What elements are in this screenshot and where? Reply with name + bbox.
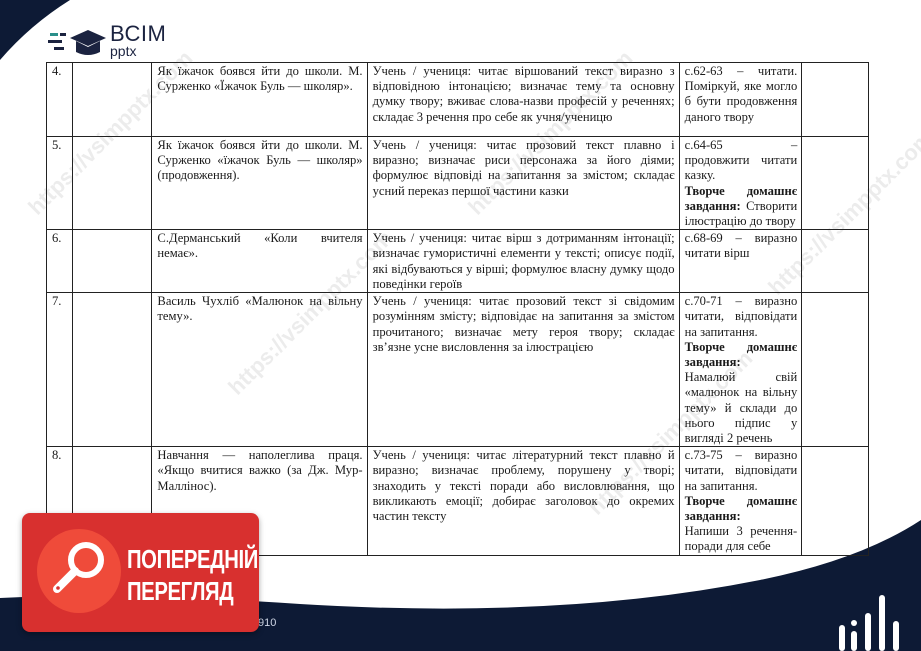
table-row: 5. Як їжачок боявся йти до школи. М. Сур… xyxy=(47,137,869,230)
row-number: 5. xyxy=(47,137,73,230)
logo-title: ВСІМ xyxy=(110,23,166,45)
outcomes-cell: Учень / учениця: читає прозовий текст зі… xyxy=(367,293,679,447)
outcomes-cell: Учень / учениця: читає літературний текс… xyxy=(367,447,679,555)
notes-cell xyxy=(802,137,869,230)
decorative-bars-icon xyxy=(837,591,907,651)
homework-cell: с.68-69 – виразно читати вірш xyxy=(679,230,802,293)
page-number: 910 xyxy=(258,617,276,629)
preview-badge-label: ПОПЕРЕДНІЙ ПЕРЕГЛЯД xyxy=(127,543,258,607)
homework-cell: с.64-65 – продовжити читати казку.Творче… xyxy=(679,137,802,230)
magnifier-icon-circle xyxy=(37,529,121,613)
date-cell xyxy=(72,293,152,447)
row-number: 6. xyxy=(47,230,73,293)
homework-cell: с.62-63 – читати. Поміркуй, яке могло б … xyxy=(679,63,802,137)
outcomes-cell: Учень / учениця: читає віршований текст … xyxy=(367,63,679,137)
notes-cell xyxy=(802,63,869,137)
homework-cell: с.73-75 – виразно читати, відповідати на… xyxy=(679,447,802,555)
table-row: 7. Василь Чухліб «Малюнок на вільну тему… xyxy=(47,293,869,447)
brand-logo: ВСІМ pptx xyxy=(48,23,166,58)
creative-homework-label: Творче домашнє завдання: xyxy=(685,494,798,523)
notes-cell xyxy=(802,447,869,555)
topic-cell: Як їжачок боявся йти до школи. М. Суржен… xyxy=(152,137,367,230)
row-number: 4. xyxy=(47,63,73,137)
creative-homework-label: Творче домашнє завдання: xyxy=(685,340,798,369)
outcomes-cell: Учень / учениця: читає прозовий текст пл… xyxy=(367,137,679,230)
table-row: 4. Як їжачок боявся йти до школи. М. Сур… xyxy=(47,63,869,137)
lesson-plan-table: 4. Як їжачок боявся йти до школи. М. Сур… xyxy=(46,62,869,556)
table-row: 6. С.Дерманський «Коли вчителя немає». У… xyxy=(47,230,869,293)
preview-badge[interactable]: ПОПЕРЕДНІЙ ПЕРЕГЛЯД xyxy=(22,513,259,632)
notes-cell xyxy=(802,293,869,447)
notes-cell xyxy=(802,230,869,293)
topic-cell: Василь Чухліб «Малюнок на вільну тему». xyxy=(152,293,367,447)
outcomes-cell: Учень / учениця: читає вірш з дотримання… xyxy=(367,230,679,293)
date-cell xyxy=(72,63,152,137)
graduation-cap-icon xyxy=(48,24,106,58)
logo-subtitle: pptx xyxy=(110,44,166,58)
magnifier-icon xyxy=(37,529,121,613)
topic-cell: Як їжачок боявся йти до школи. М. Суржен… xyxy=(152,63,367,137)
topic-cell: С.Дерманський «Коли вчителя немає». xyxy=(152,230,367,293)
date-cell xyxy=(72,230,152,293)
row-number: 7. xyxy=(47,293,73,447)
homework-cell: с.70-71 – виразно читати, відповідати на… xyxy=(679,293,802,447)
date-cell xyxy=(72,137,152,230)
